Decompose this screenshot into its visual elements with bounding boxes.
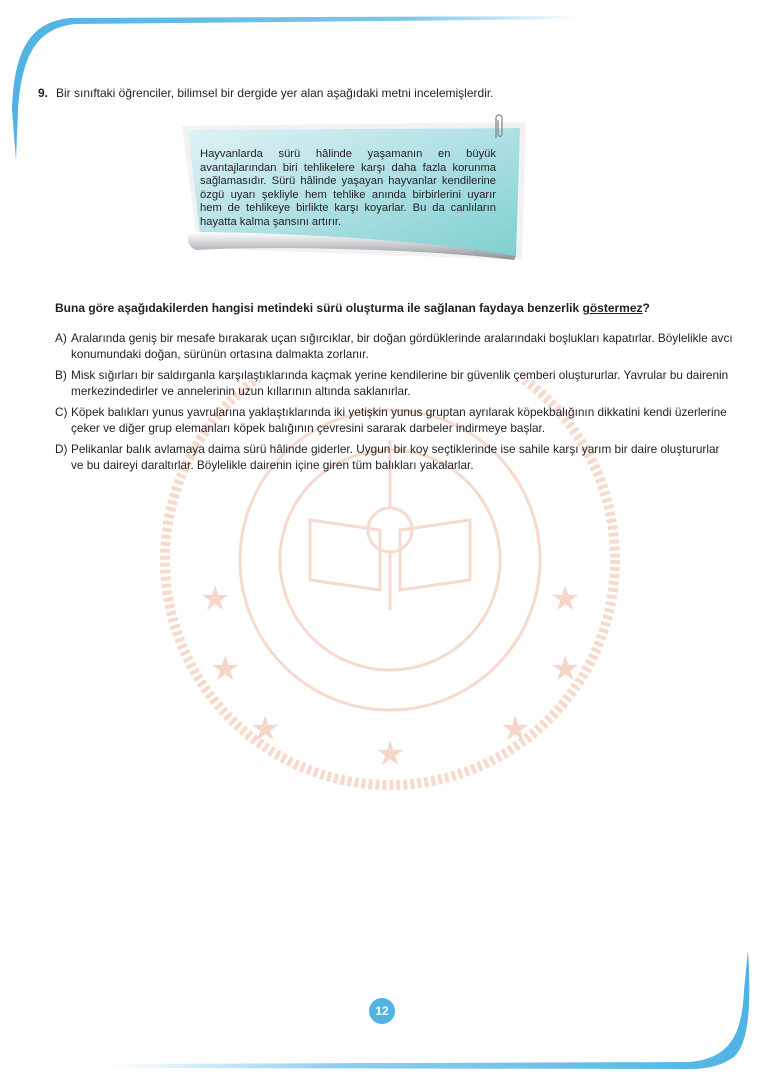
svg-text:★: ★	[200, 580, 230, 618]
question-stem: Bir sınıftaki öğrenciler, bilimsel bir d…	[56, 86, 494, 100]
option-label: C)	[55, 404, 71, 436]
option-label: A)	[55, 330, 71, 362]
option-b[interactable]: B)Misk sığırları bir saldırganla karşıla…	[55, 367, 735, 399]
option-a[interactable]: A)Aralarında geniş bir mesafe bırakarak …	[55, 330, 735, 362]
option-label: D)	[55, 441, 71, 473]
option-text: Pelikanlar balık avlamaya daima sürü hâl…	[71, 441, 735, 473]
option-text: Misk sığırları bir saldırganla karşılaşt…	[71, 367, 735, 399]
option-text: Aralarında geniş bir mesafe bırakarak uç…	[71, 330, 735, 362]
question-number: 9.	[38, 86, 48, 100]
svg-text:★: ★	[500, 710, 530, 748]
passage-text: Hayvanlarda sürü hâlinde yaşamanın en bü…	[200, 148, 496, 230]
answer-options: A)Aralarında geniş bir mesafe bırakarak …	[55, 330, 735, 478]
svg-text:★: ★	[210, 650, 240, 688]
prompt-end: ?	[643, 301, 650, 315]
option-label: B)	[55, 367, 71, 399]
page-number-badge: 12	[369, 998, 395, 1024]
prompt-emphasis: göstermez	[583, 301, 643, 315]
question-prompt: Buna göre aşağıdakilerden hangisi metind…	[55, 301, 650, 315]
svg-text:★: ★	[550, 650, 580, 688]
option-text: Köpek balıkları yunus yavrularına yaklaş…	[71, 404, 735, 436]
paperclip-icon	[492, 112, 506, 142]
option-c[interactable]: C)Köpek balıkları yunus yavrularına yakl…	[55, 404, 735, 436]
svg-text:★: ★	[375, 735, 405, 773]
option-d[interactable]: D)Pelikanlar balık avlamaya daima sürü h…	[55, 441, 735, 473]
prompt-text: Buna göre aşağıdakilerden hangisi metind…	[55, 301, 583, 315]
svg-text:★: ★	[250, 710, 280, 748]
svg-text:★: ★	[550, 580, 580, 618]
